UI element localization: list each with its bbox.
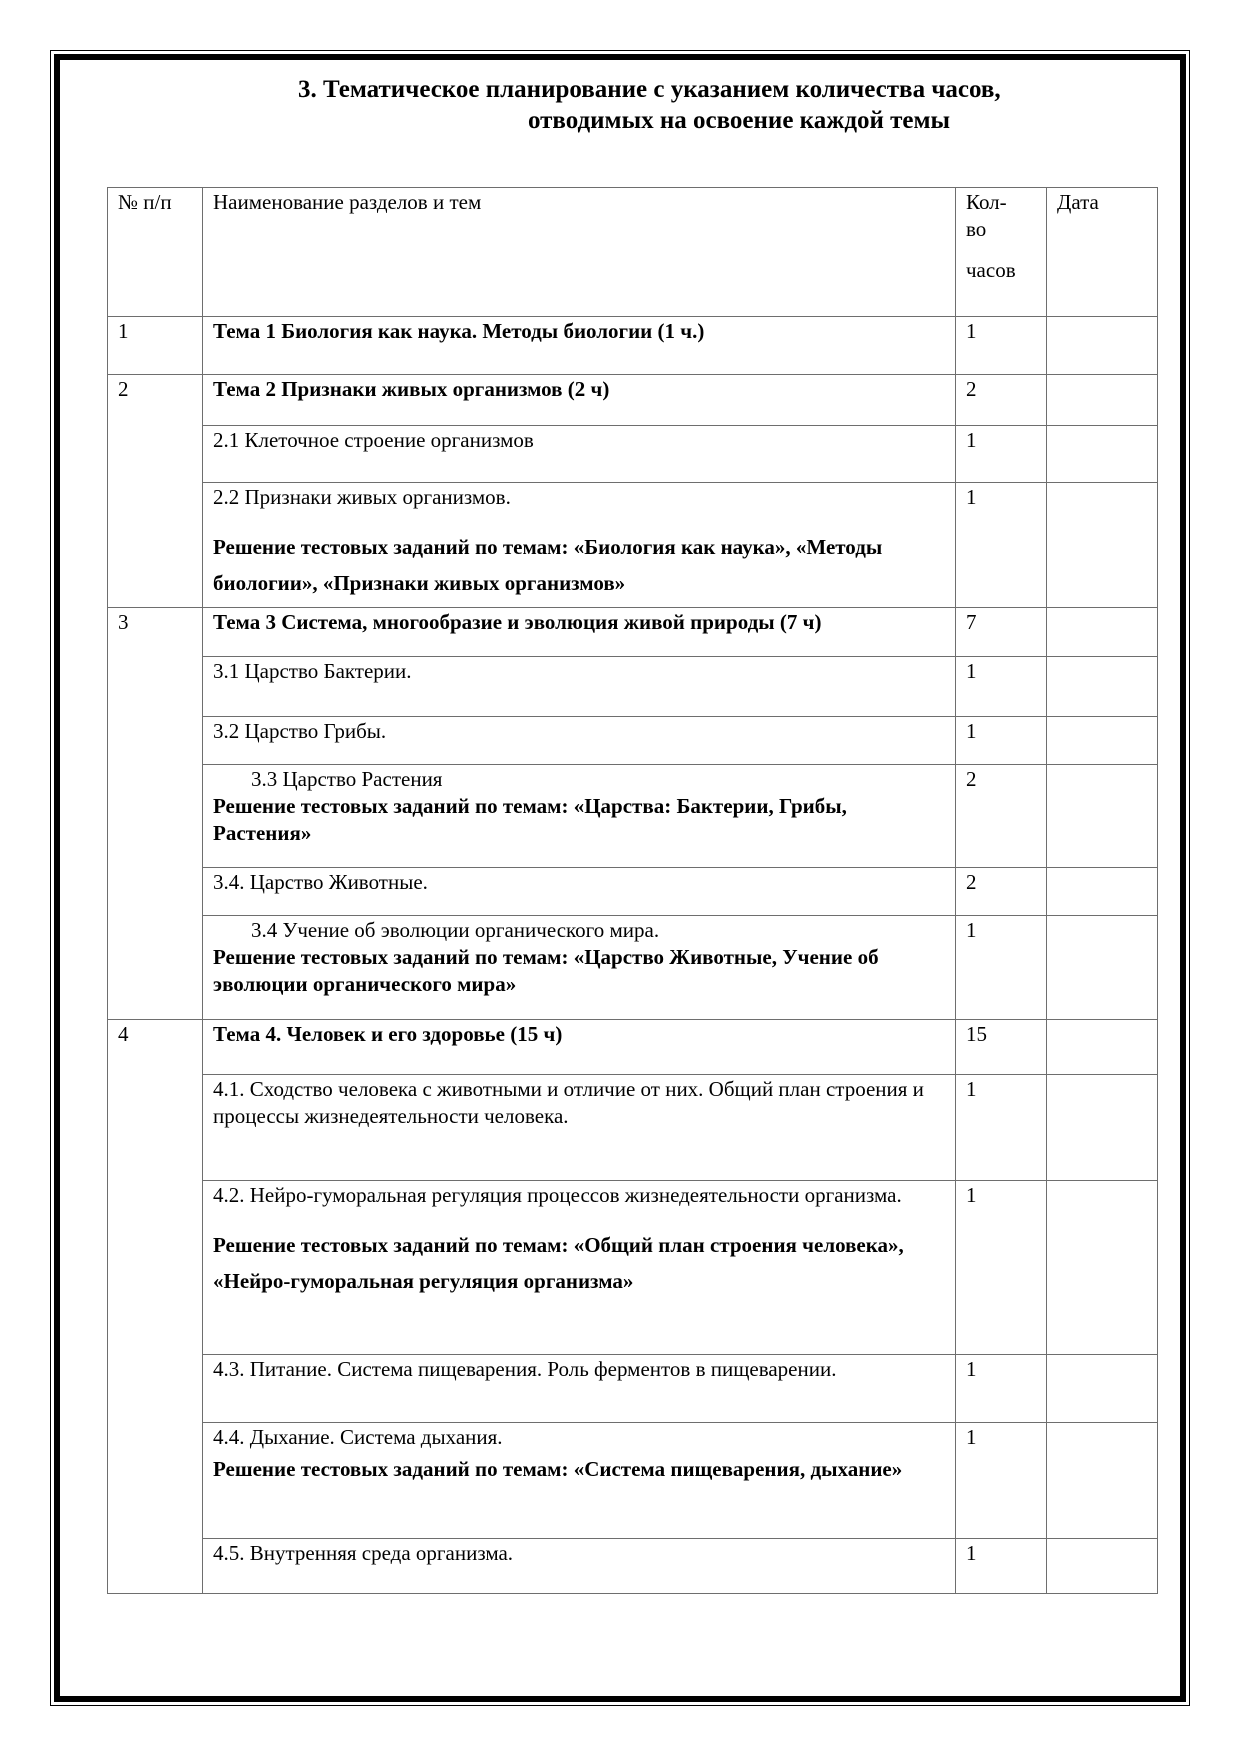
header-hours-line-1: Кол- [966, 189, 1036, 216]
subtopic-cell: 2.2 Признаки живых организмов.Решение те… [203, 483, 956, 608]
topic-title: 2.1 Клеточное строение организмов [213, 428, 534, 452]
hours-cell: 1 [956, 916, 1047, 1020]
date-cell[interactable] [1047, 916, 1158, 1020]
table-row: 4Тема 4. Человек и его здоровье (15 ч)15 [108, 1020, 1158, 1075]
test-assignment-note: Решение тестовых заданий по темам: «Царс… [213, 794, 847, 845]
topic-title: Тема 2 Признаки живых организмов (2 ч) [213, 377, 609, 401]
header-date: Дата [1047, 188, 1158, 317]
hours-cell: 1 [956, 317, 1047, 375]
date-cell[interactable] [1047, 1539, 1158, 1594]
hours-cell: 1 [956, 657, 1047, 717]
topic-title: 3.2 Царство Грибы. [213, 719, 386, 743]
test-assignment-note: Решение тестовых заданий по темам: «Общи… [213, 1227, 945, 1299]
subtopic-cell: 4.2. Нейро-гуморальная регуляция процесс… [203, 1181, 956, 1355]
date-cell[interactable] [1047, 868, 1158, 916]
table-row: 2Тема 2 Признаки живых организмов (2 ч)2 [108, 375, 1158, 426]
hours-cell: 15 [956, 1020, 1047, 1075]
date-cell[interactable] [1047, 765, 1158, 868]
hours-cell: 2 [956, 765, 1047, 868]
table-row: 4.4. Дыхание. Система дыхания.Решение те… [108, 1423, 1158, 1539]
hours-cell: 1 [956, 426, 1047, 483]
hours-cell: 7 [956, 608, 1047, 657]
table-row: 3.2 Царство Грибы.1 [108, 717, 1158, 765]
topic-title: 2.2 Признаки живых организмов. [213, 485, 511, 509]
header-hours-line-2: во [966, 216, 1036, 243]
topic-title: 3.3 Царство Растения [213, 766, 442, 793]
topic-title: 4.2. Нейро-гуморальная регуляция процесс… [213, 1183, 902, 1207]
table-row: 4.5. Внутренняя среда организма.1 [108, 1539, 1158, 1594]
topic-heading: Тема 2 Признаки живых организмов (2 ч) [203, 375, 956, 426]
hours-cell: 1 [956, 1355, 1047, 1423]
hours-cell: 1 [956, 717, 1047, 765]
test-assignment-note: Решение тестовых заданий по темам: «Царс… [213, 945, 879, 996]
section-number: 1 [108, 317, 203, 375]
date-cell[interactable] [1047, 483, 1158, 608]
date-cell[interactable] [1047, 1075, 1158, 1181]
date-cell[interactable] [1047, 657, 1158, 717]
spacer [213, 511, 945, 529]
topic-title: 3.1 Царство Бактерии. [213, 659, 412, 683]
topic-title: 4.3. Питание. Система пищеварения. Роль … [213, 1357, 836, 1381]
date-cell[interactable] [1047, 717, 1158, 765]
section-number: 2 [108, 375, 203, 608]
header-topic-name: Наименование разделов и тем [203, 188, 956, 317]
date-cell[interactable] [1047, 426, 1158, 483]
date-cell[interactable] [1047, 317, 1158, 375]
topic-heading: Тема 1 Биология как наука. Методы биолог… [203, 317, 956, 375]
thematic-plan-table: № п/п Наименование разделов и тем Кол- в… [107, 187, 1158, 1594]
spacer [213, 1209, 945, 1227]
table-row: 2.2 Признаки живых организмов.Решение те… [108, 483, 1158, 608]
title-line-1: 3. Тематическое планирование с указанием… [60, 74, 1180, 105]
hours-cell: 2 [956, 375, 1047, 426]
subtopic-cell: 3.1 Царство Бактерии. [203, 657, 956, 717]
header-hours-line-3: часов [966, 257, 1036, 284]
table-row: 4.3. Питание. Система пищеварения. Роль … [108, 1355, 1158, 1423]
section-title: 3. Тематическое планирование с указанием… [60, 74, 1180, 136]
subtopic-cell: 4.1. Сходство человека с животными и отл… [203, 1075, 956, 1181]
topic-title: 4.5. Внутренняя среда организма. [213, 1541, 513, 1565]
subtopic-cell: 3.3 Царство РастенияРешение тестовых зад… [203, 765, 956, 868]
table-row: 4.2. Нейро-гуморальная регуляция процесс… [108, 1181, 1158, 1355]
topic-heading: Тема 3 Система, многообразие и эволюция … [203, 608, 956, 657]
date-cell[interactable] [1047, 1020, 1158, 1075]
topic-title: 3.4 Учение об эволюции органического мир… [213, 917, 659, 944]
table-row: 3.1 Царство Бактерии.1 [108, 657, 1158, 717]
hours-cell: 1 [956, 1539, 1047, 1594]
hours-cell: 1 [956, 1423, 1047, 1539]
subtopic-cell: 2.1 Клеточное строение организмов [203, 426, 956, 483]
table-row: 3.4. Царство Животные.2 [108, 868, 1158, 916]
hours-cell: 1 [956, 1075, 1047, 1181]
section-number: 4 [108, 1020, 203, 1594]
hours-cell: 1 [956, 483, 1047, 608]
subtopic-cell: 4.4. Дыхание. Система дыхания.Решение те… [203, 1423, 956, 1539]
section-number: 3 [108, 608, 203, 1020]
date-cell[interactable] [1047, 375, 1158, 426]
table-row: 2.1 Клеточное строение организмов1 [108, 426, 1158, 483]
hours-cell: 1 [956, 1181, 1047, 1355]
subtopic-cell: 3.4. Царство Животные. [203, 868, 956, 916]
table-row: 3.4 Учение об эволюции органического мир… [108, 916, 1158, 1020]
topic-title: 4.1. Сходство человека с животными и отл… [213, 1077, 924, 1128]
table-body: 1Тема 1 Биология как наука. Методы биоло… [108, 317, 1158, 1594]
topic-title: Тема 1 Биология как наука. Методы биолог… [213, 319, 704, 343]
header-number: № п/п [108, 188, 203, 317]
table-header-row: № п/п Наименование разделов и тем Кол- в… [108, 188, 1158, 317]
subtopic-cell: 3.2 Царство Грибы. [203, 717, 956, 765]
table-row: 1Тема 1 Биология как наука. Методы биоло… [108, 317, 1158, 375]
table-row: 3Тема 3 Система, многообразие и эволюция… [108, 608, 1158, 657]
table-row: 4.1. Сходство человека с животными и отл… [108, 1075, 1158, 1181]
topic-title: 3.4. Царство Животные. [213, 870, 428, 894]
topic-heading: Тема 4. Человек и его здоровье (15 ч) [203, 1020, 956, 1075]
date-cell[interactable] [1047, 608, 1158, 657]
test-assignment-note: Решение тестовых заданий по темам: «Биол… [213, 529, 945, 601]
date-cell[interactable] [1047, 1355, 1158, 1423]
date-cell[interactable] [1047, 1181, 1158, 1355]
subtopic-cell: 4.3. Питание. Система пищеварения. Роль … [203, 1355, 956, 1423]
topic-title: Тема 3 Система, многообразие и эволюция … [213, 610, 821, 634]
test-assignment-note: Решение тестовых заданий по темам: «Сист… [213, 1451, 902, 1487]
subtopic-cell: 3.4 Учение об эволюции органического мир… [203, 916, 956, 1020]
title-line-2: отводимых на освоение каждой темы [60, 105, 1180, 136]
topic-title: 4.4. Дыхание. Система дыхания. [213, 1425, 503, 1449]
hours-cell: 2 [956, 868, 1047, 916]
topic-title: Тема 4. Человек и его здоровье (15 ч) [213, 1022, 562, 1046]
header-hours: Кол- во часов [956, 188, 1047, 317]
date-cell[interactable] [1047, 1423, 1158, 1539]
subtopic-cell: 4.5. Внутренняя среда организма. [203, 1539, 956, 1594]
table-row: 3.3 Царство РастенияРешение тестовых зад… [108, 765, 1158, 868]
